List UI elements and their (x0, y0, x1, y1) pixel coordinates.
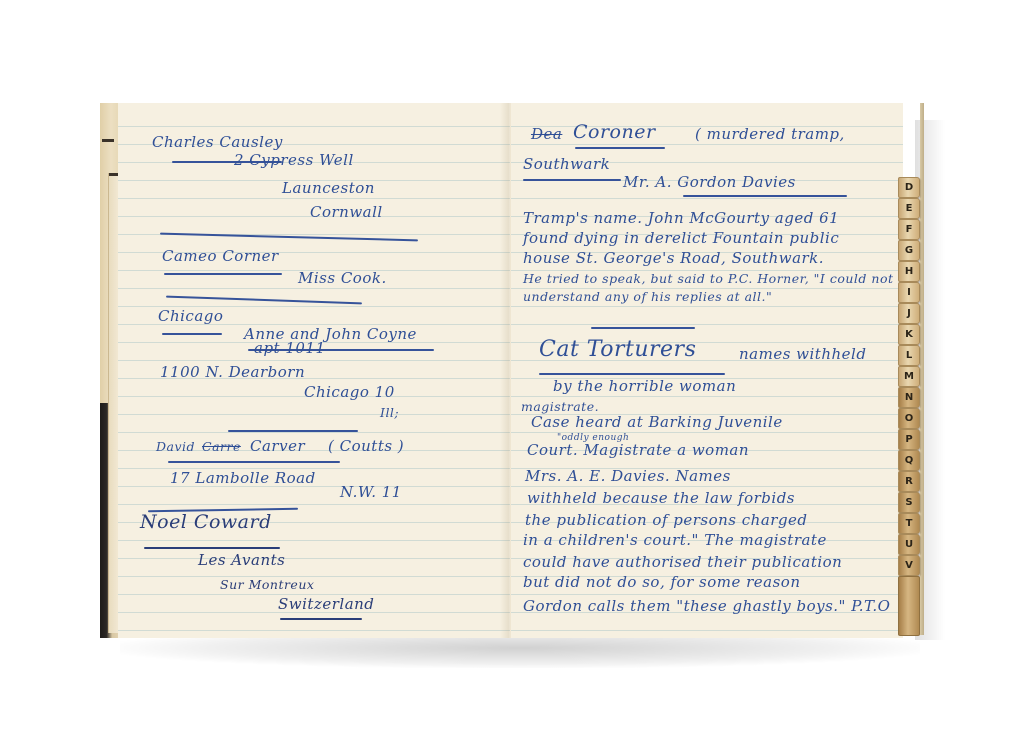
address-line: Les Avants (198, 551, 285, 569)
entry-name: Noel Coward (140, 511, 272, 533)
text-line: Tramp's name. John McGourty aged 61 (523, 209, 839, 227)
edge-marker (102, 139, 114, 142)
entry-note: ( Coutts ) (328, 437, 404, 455)
entry-name: Chicago (158, 307, 223, 325)
index-tab-d[interactable]: D (898, 177, 920, 198)
address-line: Sur Montreux (220, 577, 314, 592)
divider-line (591, 327, 695, 329)
underline (539, 373, 725, 375)
address-line: apt 1011 (254, 339, 326, 357)
section-title-suffix: names withheld (739, 345, 866, 363)
index-tab-remainder (898, 576, 920, 636)
open-notebook: Charles Causley 2 Cypress Well Launcesto… (100, 103, 922, 638)
divider-line (166, 296, 362, 304)
text-line: Gordon calls them "these ghastly boys." … (523, 597, 890, 615)
index-tab-r[interactable]: R (898, 471, 920, 492)
text-line: in a children's court." The magistrate (523, 531, 827, 549)
text-line: the publication of persons charged (525, 511, 808, 529)
index-tab-f[interactable]: F (898, 219, 920, 240)
header-location: Southwark (523, 155, 610, 173)
underline (280, 618, 362, 620)
right-page: Dea Coroner ( murdered tramp, Southwark … (510, 103, 903, 638)
index-tab-h[interactable]: H (898, 261, 920, 282)
index-tab-s[interactable]: S (898, 492, 920, 513)
index-tab-v[interactable]: V (898, 555, 920, 576)
address-line: Switzerland (278, 595, 374, 613)
text-line: Court. Magistrate a woman (527, 441, 749, 459)
text-line: house St. George's Road, Southwark. (523, 249, 824, 267)
index-tab-g[interactable]: G (898, 240, 920, 261)
text-line: magistrate. (521, 399, 599, 414)
text-line: understand any of his replies at all." (523, 289, 772, 304)
text-line: He tried to speak, but said to P.C. Horn… (523, 271, 894, 286)
struck-word: Dea (531, 125, 562, 143)
underline (168, 461, 340, 463)
alphabet-index-tabs: D E F G H I J K L M N O P Q R S T U V (898, 177, 922, 637)
divider-line (228, 430, 358, 432)
left-page: Charles Causley 2 Cypress Well Launcesto… (118, 103, 511, 638)
index-tab-o[interactable]: O (898, 408, 920, 429)
index-tab-n[interactable]: N (898, 387, 920, 408)
header-title: Coroner (573, 121, 656, 143)
index-tab-u[interactable]: U (898, 534, 920, 555)
divider-line (160, 233, 418, 241)
entry-name: Charles Causley (152, 133, 283, 151)
address-line: Chicago 10 (304, 383, 395, 401)
address-line: 2 Cypress Well (234, 151, 354, 169)
underline (144, 547, 280, 549)
text-line: Mrs. A. E. Davies. Names (525, 467, 731, 485)
address-line: 1100 N. Dearborn (160, 363, 305, 381)
address-line: Ill; (380, 405, 399, 420)
text-line: Case heard at Barking Juvenile (531, 413, 783, 431)
underline (683, 195, 847, 197)
text-line: withheld because the law forbids (527, 489, 795, 507)
address-line: Launceston (282, 179, 375, 197)
index-tab-t[interactable]: T (898, 513, 920, 534)
text-line: found dying in derelict Fountain public (523, 229, 839, 247)
entry-name: Cameo Corner (162, 247, 279, 265)
photo-scene: Charles Causley 2 Cypress Well Launcesto… (0, 0, 1024, 742)
entry-surname: Carver (250, 437, 305, 455)
index-tab-j[interactable]: J (898, 303, 920, 324)
entry-name: David (156, 439, 195, 454)
underline (523, 179, 621, 181)
text-line: could have authorised their publication (523, 553, 842, 571)
underline (164, 273, 282, 275)
index-tab-k[interactable]: K (898, 324, 920, 345)
address-line: 17 Lambolle Road (170, 469, 316, 487)
address-line: N.W. 11 (340, 483, 402, 501)
header-note: ( murdered tramp, (695, 125, 845, 143)
index-tab-i[interactable]: I (898, 282, 920, 303)
struck-word: Carre (202, 439, 241, 454)
header-contact: Mr. A. Gordon Davies (623, 173, 796, 191)
index-tab-q[interactable]: Q (898, 450, 920, 471)
section-title: Cat Torturers (539, 337, 696, 362)
text-line: but did not do so, for some reason (523, 573, 800, 591)
underline (575, 147, 665, 149)
entry-contact: Miss Cook. (298, 269, 387, 287)
index-tab-l[interactable]: L (898, 345, 920, 366)
index-tab-p[interactable]: P (898, 429, 920, 450)
text-line: by the horrible woman (553, 377, 736, 395)
address-line: Cornwall (310, 203, 383, 221)
underline (162, 333, 222, 335)
index-tab-m[interactable]: M (898, 366, 920, 387)
index-tab-e[interactable]: E (898, 198, 920, 219)
